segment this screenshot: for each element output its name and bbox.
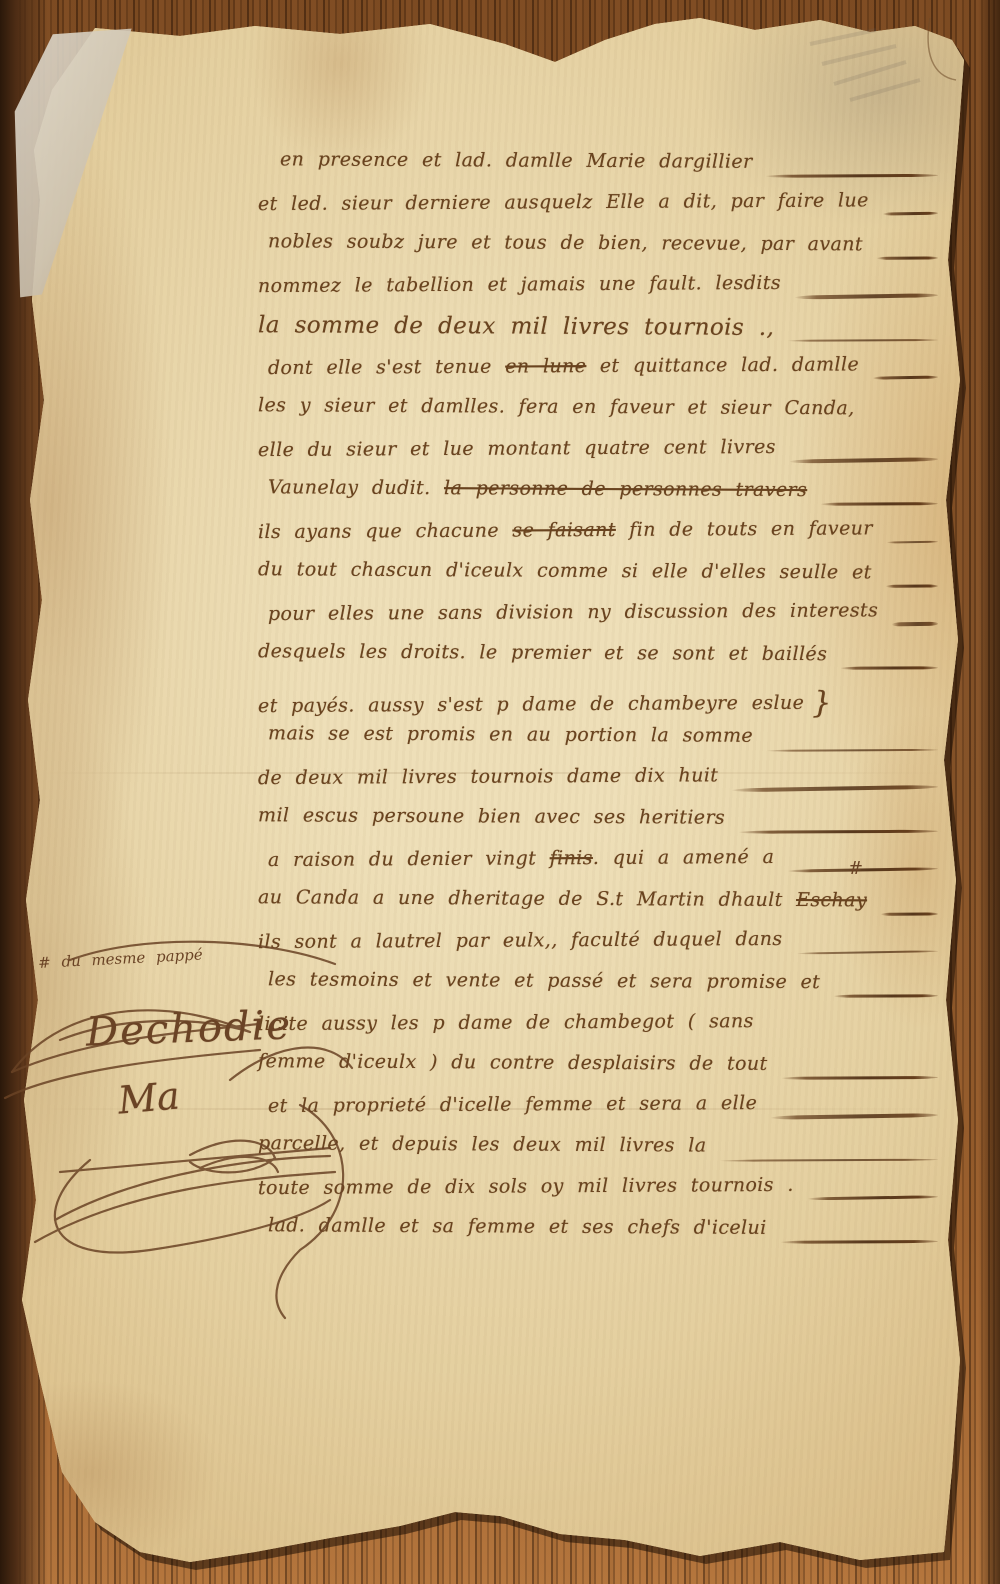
line-filler-stroke (788, 867, 938, 872)
manuscript-line: licite aussy les p dame de chambegot ( s… (258, 1009, 942, 1054)
notary-signature: Dechodie (85, 1002, 293, 1055)
line-filler-stroke (732, 784, 938, 791)
manuscript-line: de deux mil livres tournois dame dix hui… (258, 763, 942, 808)
manuscript-line: nobles soubz jure et tous de bien, recev… (258, 230, 942, 275)
line-filler-stroke (808, 1195, 938, 1200)
manuscript-line: parcelle, et depuis les deux mil livres … (258, 1132, 942, 1177)
line-filler-stroke (781, 1076, 937, 1080)
hash-reference-mark: # (848, 858, 863, 879)
handwriting-block: en presence et lad. damlle Marie dargill… (258, 150, 942, 1257)
manuscript-line: ils ayans que chacune se faisant fin de … (258, 517, 942, 562)
line-filler-stroke (767, 748, 938, 751)
line-filler-stroke (873, 376, 938, 380)
manuscript-line: a raison du denier vingt finis. qui a am… (258, 845, 942, 890)
line-filler-stroke (720, 1158, 938, 1161)
line-filler-stroke (887, 540, 938, 543)
line-filler-stroke (795, 293, 938, 299)
line-filler-stroke (739, 830, 938, 834)
line-filler-stroke (886, 584, 938, 587)
manuscript-line: nommez le tabellion et jamais une fault.… (258, 271, 942, 316)
line-filler-stroke (766, 174, 938, 178)
manuscript-line: femme d'iceulx ) du contre desplaisirs d… (258, 1050, 942, 1095)
line-filler-stroke (892, 621, 938, 626)
line-filler-stroke (797, 950, 938, 954)
line-filler-stroke (821, 502, 938, 506)
line-filler-stroke (881, 912, 938, 915)
manuscript-line: lad. damlle et sa femme et ses chefs d'i… (258, 1214, 942, 1259)
manuscript-line: desquels les droits. le premier et se so… (258, 640, 942, 685)
manuscript-line: au Canda a une dheritage de S.t Martin d… (258, 886, 942, 931)
line-filler-stroke (877, 256, 938, 259)
manuscript-line: ils sont a lautrel par eulx,, faculté du… (258, 927, 942, 972)
margin-brace: } (812, 686, 832, 721)
line-filler-stroke (771, 1113, 938, 1120)
manuscript-line: mil escus persoune bien avec ses heritie… (258, 804, 942, 849)
line-filler-stroke (883, 212, 938, 216)
line-filler-stroke (841, 666, 938, 670)
manuscript-line: et payés. aussy s'est p dame de chambeyr… (258, 681, 942, 726)
manuscript-line: dont elle s'est tenue en lune et quittan… (258, 353, 942, 398)
line-filler-stroke (834, 994, 938, 998)
manuscript-line: elle du sieur et lue montant quatre cent… (258, 435, 942, 480)
manuscript-line: et led. sieur derniere ausquelz Elle a d… (258, 189, 942, 234)
line-filler-stroke (790, 457, 938, 463)
line-filler-stroke (788, 338, 938, 341)
manuscript-line: et la proprieté d'icelle femme et sera a… (258, 1091, 942, 1136)
paraph-signature: Ma (116, 1073, 181, 1122)
manuscript-line: pour elles une sans division ny discussi… (258, 599, 942, 644)
photographed-manuscript: en presence et lad. damlle Marie dargill… (0, 0, 1000, 1584)
manuscript-line: mais se est promis en au portion la somm… (258, 722, 942, 767)
line-filler-stroke (781, 1240, 938, 1244)
manuscript-line: les tesmoins et vente et passé et sera p… (258, 968, 942, 1013)
manuscript-line: les y sieur et damlles. fera en faveur e… (258, 394, 942, 439)
manuscript-line: toute somme de dix sols oy mil livres to… (258, 1173, 942, 1218)
manuscript-line: en presence et lad. damlle Marie dargill… (258, 148, 942, 193)
manuscript-line: du tout chascun d'iceulx comme si elle d… (258, 558, 942, 603)
manuscript-line-sum: la somme de deux mil livres tournois ., (258, 312, 942, 357)
manuscript-line: Vaunelay dudit. la personne de personnes… (258, 476, 942, 521)
